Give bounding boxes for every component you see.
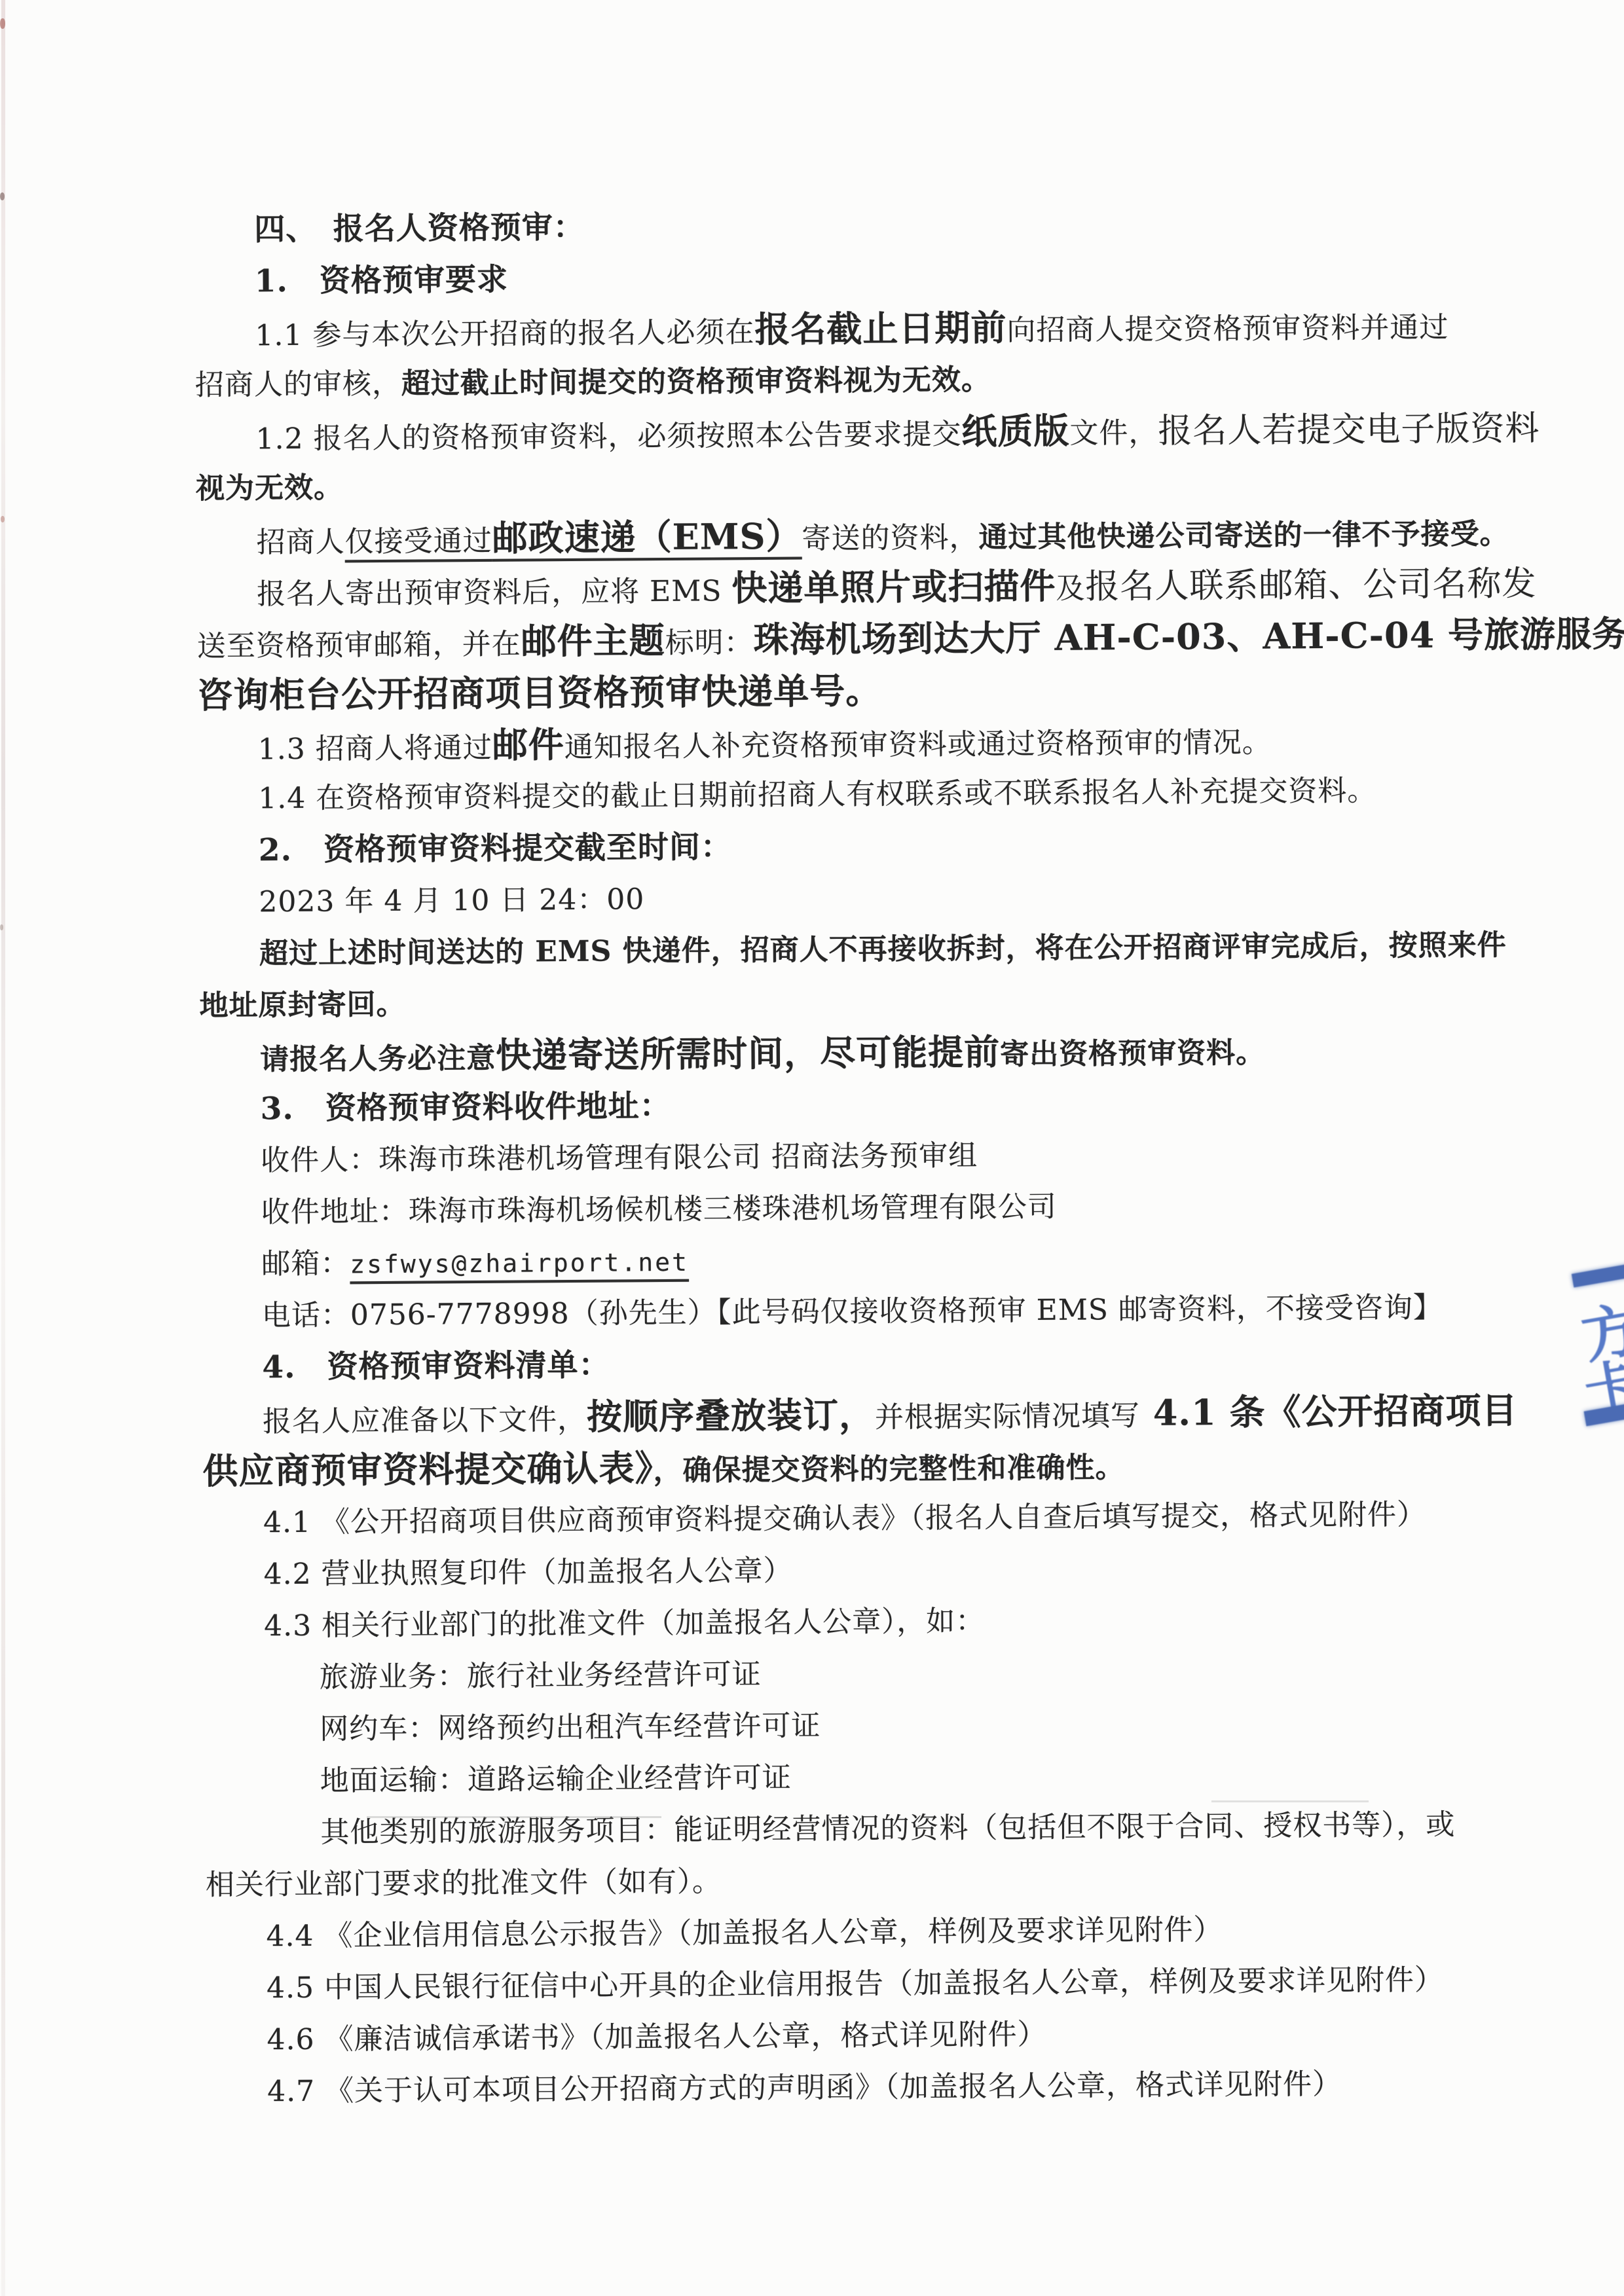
text-line: 4.3 相关行业部门的批准文件（加盖报名人公章），如： [204,1592,1510,1652]
scanner-edge-artifact [1,0,5,2296]
text-line: 视为无效。 [196,454,1502,515]
text-run: 旅游业务：旅行社业务经营许可证 [320,1658,762,1694]
text-run: 电话：0756-7778998（孙先生）【此号码仅接收资格预审 EMS 邮寄资料… [262,1291,1443,1333]
text-line: 4.2 营业执照复印件（加盖报名人公章） [203,1540,1509,1601]
document-body: 四、 报名人资格预审：1. 资格预审要求1.1 参与本次公开招商的报名人必须在报… [194,195,1513,2118]
text-line: 1. 资格预审要求 [194,247,1501,308]
text-run: 4.5 中国人民银行征信中心开具的企业信用报告（加盖报名人公章，样例及要求详见附… [267,1963,1444,2005]
text-run: 通知报名人补充资格预审资料或通过资格预审的情况。 [564,726,1272,765]
text-run: 并根据实际情况填写 [875,1399,1140,1434]
text-run: ，确保提交资料的完整性和准确性。 [653,1451,1124,1487]
text-run: 快递寄送所需时间，尽可能提前 [496,1030,1000,1076]
text-line: 其他类别的旅游服务项目：能证明经营情况的资料（包括但不限于合同、授权书等），或 [205,1798,1511,1859]
text-run: 网约车：网络预约出租汽车经营许可证 [320,1709,821,1745]
text-line: 4. 资格预审资料清单： [202,1333,1508,1394]
text-line: 地址原封寄回。 [199,971,1505,1032]
text-run: 寄出资格预审资料。 [1000,1036,1265,1072]
text-line: 招商人的审核，超过截止时间提交的资格预审资料视为无效。 [195,350,1502,411]
text-line: 邮箱：zsfwys@zhairport.net [201,1230,1507,1290]
text-line: 地面运输：道路运输企业经营许可证 [205,1747,1511,1808]
text-run: 送至资格预审邮箱，并在 [197,628,521,663]
text-run: 报名截止日期前 [754,306,1006,350]
text-run: 请报名人务必注意 [260,1042,496,1077]
text-run: 超过上述时间送达的 EMS 快递件，招商人不再接收拆封，将在公开招商评审完成后，… [259,928,1507,970]
text-run: 4. 资格预审资料清单： [262,1347,610,1386]
text-line: 2023 年 4 月 10 日 24：00 [198,867,1505,928]
text-run: 4.7 《关于认可本项目公开招商方式的声明函》（加盖报名人公章，格式详见附件） [267,2068,1342,2108]
text-line: 1.3 招商人将通过邮件通知报名人补充资格预审资料或通过资格预审的情况。 [198,712,1504,773]
text-run: 相关行业部门要求的批准文件（如有）。 [206,1865,722,1902]
text-run: 咨询柜台公开招商项目资格预审快递单号。 [197,670,881,716]
text-run: 文件， [1069,416,1158,450]
text-run: zsfwys@zhairport.net [350,1248,689,1279]
scanned-document-page: 四、 报名人资格预审：1. 资格预审要求1.1 参与本次公开招商的报名人必须在报… [0,0,1624,2296]
text-run: 4.4 《企业信用信息公示报告》（加盖报名人公章，样例及要求详见附件） [266,1913,1223,1953]
text-run: 快递单照片或扫描件 [731,565,1056,609]
text-run: 珠海机场到达大厅 AH-C-03、AH-C-04 号旅游服务 [753,613,1624,661]
text-run: 向招商人提交资格预审资料并通过 [1006,311,1449,348]
text-run: 超过截止时间提交的资格预审资料视为无效。 [401,363,991,401]
text-line: 收件地址：珠海市珠海机场候机楼三楼珠港机场管理有限公司 [200,1178,1507,1239]
text-line: 咨询柜台公开招商项目资格预审快递单号。 [197,661,1504,721]
text-run: 四、 报名人资格预审： [254,210,585,248]
text-run: 报名人寄出预审资料后，应将 EMS [257,574,732,611]
text-line: 4.7 《关于认可本项目公开招商方式的声明函》（加盖报名人公章，格式详见附件） [207,2057,1513,2118]
text-line: 2. 资格预审资料提交截至时间： [198,816,1505,877]
text-line: 旅游业务：旅行社业务经营许可证 [204,1643,1510,1704]
text-run: 视为无效。 [196,471,343,505]
text-line: 1.1 参与本次公开招商的报名人必须在报名截止日期前向招商人提交资格预审资料并通… [194,299,1501,359]
text-run: 1.3 招商人将通过 [258,731,492,766]
text-run: 招商人 [256,525,344,559]
text-run: 报名人应准备以下文件， [263,1403,587,1438]
text-run: 邮件 [492,723,564,766]
text-line: 送至资格预审邮箱，并在邮件主题标明：珠海机场到达大厅 AH-C-03、AH-C-… [196,609,1503,670]
official-stamp-partial: 方珠 卡 [1564,1240,1624,1429]
text-run: 邮件主题 [521,619,665,663]
text-run: 3. 资格预审资料收件地址： [260,1088,671,1127]
scan-speck [0,192,5,200]
text-line: 收件人：珠海市珠港机场管理有限公司 招商法务预审组 [200,1126,1507,1187]
stamp-border-top [1572,1241,1624,1287]
text-line: 供应商预审资料提交确认表》，确保提交资料的完整性和准确性。 [202,1436,1509,1497]
text-run: 通过其他快递公司寄送的一律不予接受。 [978,517,1509,555]
text-line: 1.4 在资格预审资料提交的截止日期前招商人有权联系或不联系报名人补充提交资料。 [198,764,1504,825]
text-line: 请报名人务必注意快递寄送所需时间，尽可能提前寄出资格预审资料。 [200,1023,1506,1084]
text-run: 地址原封寄回。 [199,988,405,1023]
scan-line-artifact [367,1816,661,1818]
text-run: 地面运输：道路运输企业经营许可证 [320,1761,792,1798]
text-line: 超过上述时间送达的 EMS 快递件，招商人不再接收拆封，将在公开招商评审完成后，… [199,919,1505,980]
text-line: 电话：0756-7778998（孙先生）【此号码仅接收资格预审 EMS 邮寄资料… [202,1281,1508,1342]
text-line: 四、 报名人资格预审： [194,195,1500,256]
text-run: 仅接受通过 [344,524,492,559]
text-run: 及 [1056,572,1085,606]
text-run: 标明： [665,626,754,660]
text-run: 收件人：珠海市珠港机场管理有限公司 招商法务预审组 [261,1139,978,1178]
text-run: 4.1 《公开招商项目供应商预审资料提交确认表》（报名人自查后填写提交，格式见附… [263,1498,1426,1539]
text-line: 4.1 《公开招商项目供应商预审资料提交确认表》（报名人自查后填写提交，格式见附… [203,1488,1509,1549]
text-line: 4.4 《企业信用信息公示报告》（加盖报名人公章，样例及要求详见附件） [206,1902,1512,1963]
text-run: 纸质版 [961,410,1069,452]
scan-speck [1,516,5,522]
text-run: 报名人若提交电子版资料 [1158,409,1540,451]
text-line: 4.5 中国人民银行征信中心开具的企业信用报告（加盖报名人公章，样例及要求详见附… [206,1954,1513,2014]
text-run: 4.6 《廉洁诚信承诺书》（加盖报名人公章，格式详见附件） [267,2018,1046,2056]
text-run: 报名人联系邮箱、公司名称发 [1085,564,1536,607]
text-run: 1. 资格预审要求 [255,262,508,300]
text-run: 邮箱： [261,1247,350,1281]
text-run: 寄送的资料， [802,521,978,556]
scan-line-artifact [1211,1800,1369,1802]
text-run: 招商人的审核， [195,367,401,402]
text-line: 招商人仅接受通过邮政速递（EMS）寄送的资料，通过其他快递公司寄送的一律不予接受… [196,505,1502,566]
text-line: 相关行业部门要求的批准文件（如有）。 [206,1850,1512,1911]
text-line: 3. 资格预审资料收件地址： [200,1074,1506,1135]
text-line: 4.6 《廉洁诚信承诺书》（加盖报名人公章，格式详见附件） [206,2005,1513,2066]
text-run: 4.2 营业执照复印件（加盖报名人公章） [263,1554,792,1592]
scan-speck [0,18,5,29]
text-run: 4.3 相关行业部门的批准文件（加盖报名人公章），如： [264,1605,985,1643]
text-run: 邮政速递（EMS） [492,515,802,559]
text-run: 1.4 在资格预审资料提交的截止日期前招商人有权联系或不联系报名人补充提交资料。 [258,774,1376,815]
text-run: 其他类别的旅游服务项目：能证明经营情况的资料（包括但不限于合同、授权书等），或 [320,1808,1455,1850]
text-line: 报名人寄出预审资料后，应将 EMS 快递单照片或扫描件及报名人联系邮箱、公司名称… [196,557,1503,618]
text-line: 1.2 报名人的资格预审资料，必须按照本公告要求提交纸质版文件，报名人若提交电子… [195,402,1502,463]
text-line: 网约车：网络预约出租汽车经营许可证 [204,1695,1511,1756]
text-run: 按顺序叠放装订， [587,1394,875,1438]
scan-speck [0,924,3,930]
text-run: 2023 年 4 月 10 日 24：00 [259,883,644,919]
text-line: 报名人应准备以下文件，按顺序叠放装订，并根据实际情况填写 4.1 条《公开招商项… [202,1385,1509,1446]
text-run: 收件地址：珠海市珠海机场候机楼三楼珠港机场管理有限公司 [261,1190,1057,1229]
text-run: 4.1 条《公开招商项目 [1140,1389,1518,1434]
text-run: 1.1 参与本次公开招商的报名人必须在 [255,316,754,352]
text-run: 1.2 报名人的资格预审资料，必须按照本公告要求提交 [255,418,961,456]
text-run: 供应商预审资料提交确认表》 [202,1447,653,1492]
text-run: 2. 资格预审资料提交截至时间： [259,829,732,868]
